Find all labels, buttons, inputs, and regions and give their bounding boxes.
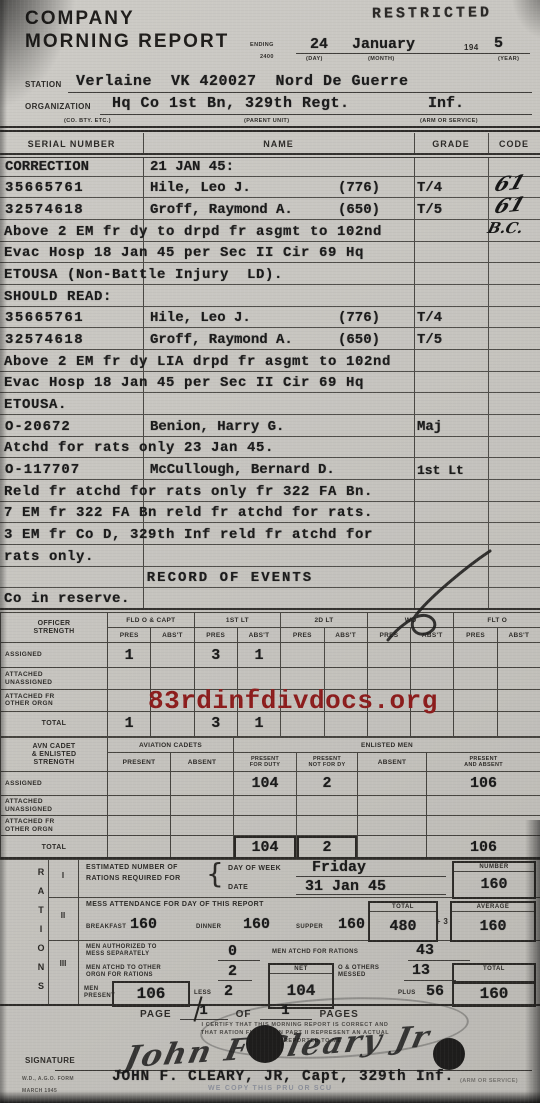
sub-header-line: AND ABSENT [464, 762, 503, 768]
year-underline [458, 53, 530, 54]
roster-row: ETOUSA. [0, 393, 540, 415]
o-and-others-messed-value: 13 [412, 962, 430, 979]
roster-row: 35665761 Hile, Leo J. (776) T/4 [0, 177, 540, 199]
value-cell [171, 796, 234, 816]
value-cell [454, 711, 497, 736]
section-numeral-ii: II [48, 911, 78, 920]
sub-header-line: PRESENT [313, 756, 341, 762]
page-title-line2: MORNING REPORT [25, 31, 229, 53]
value-cell: 2 [297, 836, 358, 860]
value-cell [497, 689, 540, 711]
dinner-value: 160 [243, 916, 270, 933]
organization-arm: Inf. [428, 95, 464, 112]
rations-i-label2: RATIONS REQUIRED FOR [86, 875, 181, 882]
value-cell [151, 643, 194, 668]
organization-underline [100, 114, 532, 115]
sub-header: PRESENT NOT FOR DY [297, 753, 358, 772]
value-cell [358, 836, 427, 860]
station-value: Verlaine VK 420027 Nord De Guerre [76, 73, 409, 90]
value-cell [358, 816, 427, 836]
value-cell [497, 711, 540, 736]
name-cell: Groff, Raymond A. [150, 332, 293, 348]
name-cell: McCullough, Bernard D. [150, 462, 335, 478]
row-label: ASSIGNED [1, 643, 108, 668]
atchd-other-orgn-label: MEN ATCHD TO OTHER ORGN FOR RATIONS [86, 965, 161, 979]
remark-text: Evac Hosp 18 Jan 45 per Sec II Cir 69 Hq [4, 245, 364, 261]
organization-value: Hq Co 1st Bn, 329th Regt. [112, 95, 350, 112]
o-and-others-messed-label: O & OTHERS MESSED [338, 965, 379, 979]
sub-header-line: PRESENT [469, 756, 497, 762]
roster-row: ETOUSA (Non-Battle Injury LD). [0, 263, 540, 285]
value-cell: 104 [234, 772, 297, 796]
row-label: ASSIGNED [1, 772, 108, 796]
row-label: TOTAL [1, 836, 108, 860]
name-cell: Groff, Raymond A. [150, 202, 293, 218]
station-underline [68, 92, 532, 93]
value-cell [497, 643, 540, 668]
ending-label: ENDING 2400 [250, 36, 274, 60]
col-header-code: CODE [488, 139, 540, 149]
row-label: ATTACHED FR OTHER ORGN [1, 689, 108, 711]
dinner-label: DINNER [196, 924, 221, 930]
breakfast-value: 160 [130, 916, 157, 933]
value-cell [108, 796, 171, 816]
ending-label-1: ENDING [250, 42, 274, 48]
restricted-stamp: RESTRICTED [372, 4, 492, 22]
row-label: ATTACHED UNASSIGNED [1, 796, 108, 816]
double-rule-top [0, 126, 540, 128]
handwritten-code: B.C. [486, 219, 525, 237]
site-watermark: 83rdinfdivdocs.org [148, 686, 438, 716]
enlisted-attached-fr-other-row: ATTACHED FR OTHER ORGN [1, 816, 540, 836]
mess-attendance-label: MESS ATTENDANCE FOR DAY OF THIS REPORT [86, 901, 264, 908]
col-header-grade: GRADE [414, 139, 488, 149]
sub-header: PRESENT [108, 753, 171, 772]
underline [296, 894, 446, 895]
value-cell: 1 [108, 711, 151, 736]
scan-shadow-bottom [0, 1091, 540, 1103]
row-label: ATTACHED UNASSIGNED [1, 668, 108, 690]
enlisted-strength-table: AVN CADET & ENLISTED STRENGTH AVIATION C… [0, 737, 540, 860]
sub-header: PRESENT FOR DUTY [234, 753, 297, 772]
enlisted-assigned-row: ASSIGNED 104 2 106 [1, 772, 540, 796]
roster-row: Evac Hosp 18 Jan 45 per Sec II Cir 69 Hq [0, 372, 540, 394]
value-cell [171, 772, 234, 796]
enlisted-attached-unassigned-row: ATTACHED UNASSIGNED [1, 796, 540, 816]
grade-cell: Maj [417, 419, 442, 435]
corner-line: OFFICER [38, 620, 71, 627]
spec-number-cell: (650) [338, 202, 380, 218]
remark-text: Atchd for rats only 23 Jan 45. [4, 440, 274, 456]
men-atchd-rations-label: MEN ATCHD FOR RATIONS [272, 949, 358, 955]
spec-number-cell: (650) [338, 332, 380, 348]
rations-i-label1: ESTIMATED NUMBER OF [86, 864, 178, 871]
month-sublabel: (MONTH) [368, 56, 395, 62]
double-rule-bottom [0, 130, 540, 132]
organization-label: ORGANIZATION [25, 102, 91, 111]
less-value: 2 [224, 983, 233, 1000]
form-reference-line2: MARCH 1945 [22, 1088, 57, 1094]
men-atchd-rations-value: 43 [416, 942, 434, 959]
ghost-stamp-text: WE COPY THIS PRU OR SCU [208, 1085, 332, 1092]
value-cell [367, 643, 410, 668]
men-present-label: MEN PRESENT [84, 986, 115, 1000]
corner-line: & ENLISTED [32, 751, 77, 758]
mess-separately-label: MEN AUTHORIZED TO MESS SEPARATELY [86, 944, 157, 958]
remark-text: Evac Hosp 18 Jan 45 per Sec II Cir 69 Hq [4, 375, 364, 391]
underline [218, 980, 252, 981]
record-of-events-entry: Co in reserve. [4, 591, 130, 607]
underline [404, 980, 456, 981]
serial-cell: 35665761 [5, 310, 84, 326]
value-cell [108, 772, 171, 796]
row-label: ATTACHED FR OTHER ORGN [1, 816, 108, 836]
roster-row: Above 2 EM fr dy LIA drpd fr asgmt to 10… [0, 350, 540, 372]
sub-header: PRESENT AND ABSENT [427, 753, 540, 772]
value-cell [454, 643, 497, 668]
number-label: NUMBER [454, 863, 534, 872]
average-box: AVERAGE 160 [450, 901, 536, 942]
rations-section: RATIONS I II III ESTIMATED NUMBER OF RAT… [0, 857, 540, 1006]
station-label: STATION [25, 80, 62, 89]
day-of-week-value: Friday [312, 859, 366, 876]
page-label: PAGE [140, 1009, 172, 1020]
spec-number-cell: (776) [338, 180, 380, 196]
org-sub-unit: (CO. BTY. ETC.) [64, 118, 111, 124]
number-value: 160 [454, 872, 534, 897]
grade-cell: 1st Lt [417, 463, 464, 478]
plus-value: 56 [426, 983, 444, 1000]
scan-shadow-corner [510, 0, 540, 40]
mess-separately-value: 0 [228, 943, 237, 960]
form-reference: W.D., A.G.O. FORM MARCH 1945 [22, 1070, 74, 1094]
value-cell [497, 668, 540, 690]
year-prefix: 194 [464, 43, 479, 52]
value-cell [454, 668, 497, 690]
men-present-value: 106 [114, 983, 188, 1005]
abst-header: ABS'T [237, 628, 280, 643]
roster-row: 3 EM fr Co D, 329th Inf reld fr atchd fo… [0, 523, 540, 545]
remark-text: rats only. [4, 549, 94, 565]
value-cell [281, 643, 324, 668]
roster-row: Reld fr atchd for rats only fr 322 FA Bn… [0, 480, 540, 502]
roster-row: Atchd for rats only 23 Jan 45. [0, 437, 540, 459]
serial-cell: 32574618 [5, 202, 84, 218]
officer-assigned-row: ASSIGNED 1 3 1 [1, 643, 540, 668]
date-value: 31 Jan 45 [305, 878, 386, 895]
serial-cell: 35665761 [5, 180, 84, 196]
average-value: 160 [452, 912, 534, 940]
underline [296, 876, 446, 877]
roster-row: SHOULD READ: [0, 285, 540, 307]
value-cell: 106 [427, 772, 540, 796]
value-cell [411, 643, 454, 668]
value-cell [427, 796, 540, 816]
net-label: NET [270, 965, 332, 974]
grand-total-box: 160 [452, 981, 536, 1007]
name-cell: 21 JAN 45: [150, 159, 234, 175]
roster-row: Evac Hosp 18 Jan 45 per Sec II Cir 69 Hq [0, 242, 540, 264]
signature-label: SIGNATURE [25, 1056, 75, 1065]
average-label: AVERAGE [452, 903, 534, 912]
roster-row: 35665761 Hile, Leo J. (776) T/4 [0, 307, 540, 329]
corner-line: STRENGTH [34, 759, 75, 766]
group-header: 2D LT [281, 613, 368, 628]
name-cell: Hile, Leo J. [150, 180, 251, 196]
col-header-name: NAME [143, 139, 414, 149]
underline [408, 960, 470, 961]
number-box: NUMBER 160 [452, 861, 536, 899]
group-header: FLD O & CAPT [108, 613, 195, 628]
group-header-enlisted-men: ENLISTED MEN [234, 738, 540, 753]
roster-table: SERIAL NUMBER NAME GRADE CODE CORRECTION… [0, 133, 540, 610]
remark-text: Reld fr atchd for rats only fr 322 FA Bn… [4, 484, 373, 500]
morning-report-document: COMPANY MORNING REPORT RESTRICTED ENDING… [0, 0, 540, 1103]
remark-text: 3 EM fr Co D, 329th Inf reld fr atchd fo… [4, 527, 373, 543]
grade-cell: T/5 [417, 202, 442, 218]
value-cell [358, 772, 427, 796]
supper-label: SUPPER [296, 924, 323, 930]
less-label: LESS [194, 990, 211, 996]
date-label: DATE [228, 884, 248, 891]
value-cell [108, 689, 151, 711]
value-cell [171, 816, 234, 836]
pres-header: PRES [108, 628, 151, 643]
hole-punch [433, 1038, 465, 1070]
mess-total-box: TOTAL 480 [368, 901, 438, 942]
divider [78, 859, 79, 1004]
serial-cell: O-20672 [5, 419, 71, 435]
supper-value: 160 [338, 916, 365, 933]
form-reference-line1: W.D., A.G.O. FORM [22, 1076, 74, 1082]
roster-header-row: SERIAL NUMBER NAME GRADE CODE [0, 133, 540, 155]
value-cell [454, 689, 497, 711]
value-cell [234, 796, 297, 816]
name-cell: Benion, Harry G. [150, 419, 284, 435]
divider [48, 859, 49, 1004]
mess-total-label: TOTAL [370, 903, 436, 912]
grade-cell: T/4 [417, 180, 442, 196]
remark-text: ETOUSA. [4, 397, 67, 413]
mess-total-value: 480 [370, 912, 436, 940]
value-cell [108, 668, 151, 690]
serial-cell: CORRECTION [5, 159, 89, 175]
ending-label-2: 2400 [260, 54, 274, 60]
value-cell: 1 [237, 643, 280, 668]
org-sub-parent: (PARENT UNIT) [244, 118, 289, 124]
remark-text: Above 2 EM fr dy to drpd fr asgmt to 102… [4, 224, 382, 240]
sub-header-line: FOR DUTY [250, 762, 281, 768]
value-cell: 106 [427, 836, 540, 860]
grand-total-value: 160 [454, 983, 534, 1005]
roster-row: 7 EM fr 322 FA Bn reld fr atchd for rats… [0, 502, 540, 524]
remark-text: Above 2 EM fr dy LIA drpd fr asgmt to 10… [4, 354, 391, 370]
sub-header: ABSENT [171, 753, 234, 772]
value-cell: 3 [194, 643, 237, 668]
row-label: TOTAL [1, 711, 108, 736]
enlisted-strength-corner: AVN CADET & ENLISTED STRENGTH [1, 738, 108, 772]
day-sublabel: (DAY) [306, 56, 323, 62]
section-numeral-i: I [48, 871, 78, 880]
handwritten-flourish [378, 545, 508, 645]
plus-label: PLUS [398, 990, 416, 996]
report-year-digit: 5 [494, 35, 503, 52]
value-cell [171, 836, 234, 860]
remark-text: 7 EM fr 322 FA Bn reld fr atchd for rats… [4, 505, 373, 521]
section-numeral-iii: III [48, 959, 78, 968]
enlisted-total-row: TOTAL 104 2 106 [1, 836, 540, 860]
corner-line: STRENGTH [34, 628, 75, 635]
report-month: January [352, 36, 415, 53]
serial-cell: 32574618 [5, 332, 84, 348]
arm-service-sublabel: (ARM OR SERVICE) [460, 1078, 518, 1084]
value-cell [427, 816, 540, 836]
grade-cell: T/4 [417, 310, 442, 326]
date-underline [296, 53, 458, 54]
grade-cell: T/5 [417, 332, 442, 348]
col-header-serial: SERIAL NUMBER [0, 139, 143, 149]
value-cell: 104 [234, 836, 297, 860]
roster-row: CORRECTION 21 JAN 45: [0, 155, 540, 177]
value-cell [108, 836, 171, 860]
page-title-line1: COMPANY [25, 8, 135, 30]
roster-row: Above 2 EM fr dy to drpd fr asgmt to 102… [0, 220, 540, 242]
value-cell [108, 816, 171, 836]
value-cell [324, 643, 367, 668]
value-cell [297, 816, 358, 836]
roster-row: 32574618 Groff, Raymond A. (650) T/5 [0, 198, 540, 220]
group-header-aviation-cadets: AVIATION CADETS [108, 738, 234, 753]
grand-total-label: TOTAL [454, 965, 534, 973]
pres-header: PRES [281, 628, 324, 643]
roster-row: O-117707 McCullough, Bernard D. 1st Lt [0, 458, 540, 480]
report-day: 24 [310, 36, 328, 53]
value-cell: 1 [108, 643, 151, 668]
name-cell: Hile, Leo J. [150, 310, 251, 326]
sub-header: ABSENT [358, 753, 427, 772]
value-cell [297, 796, 358, 816]
org-sub-arm: (ARM OR SERVICE) [420, 118, 478, 124]
year-sublabel: (YEAR) [498, 56, 519, 62]
value-cell [234, 816, 297, 836]
roster-row: 32574618 Groff, Raymond A. (650) T/5 [0, 328, 540, 350]
breakfast-label: BREAKFAST [86, 924, 126, 930]
day-of-week-label: DAY OF WEEK [228, 865, 281, 872]
corner-line: AVN CADET [32, 743, 75, 750]
divide-by-three: ÷ 3 [436, 917, 448, 926]
roster-row: O-20672 Benion, Harry G. Maj [0, 415, 540, 437]
pres-header: PRES [194, 628, 237, 643]
sub-header-line: PRESENT [251, 756, 279, 762]
abst-header: ABS'T [151, 628, 194, 643]
value-cell: 2 [297, 772, 358, 796]
value-cell [358, 796, 427, 816]
abst-header: ABS'T [324, 628, 367, 643]
hole-punch [246, 1025, 284, 1063]
underline [218, 960, 260, 961]
officer-strength-corner: OFFICER STRENGTH [1, 613, 108, 643]
group-header: 1ST LT [194, 613, 281, 628]
atchd-other-orgn-value: 2 [228, 963, 237, 980]
remark-text: SHOULD READ: [4, 289, 112, 305]
serial-cell: O-117707 [5, 462, 80, 478]
rations-side-label: RATIONS [0, 863, 46, 1004]
brace-glyph: { [206, 857, 224, 890]
remark-text: ETOUSA (Non-Battle Injury LD). [4, 267, 283, 283]
spec-number-cell: (776) [338, 310, 380, 326]
sub-header-line: NOT FOR DY [309, 762, 346, 768]
